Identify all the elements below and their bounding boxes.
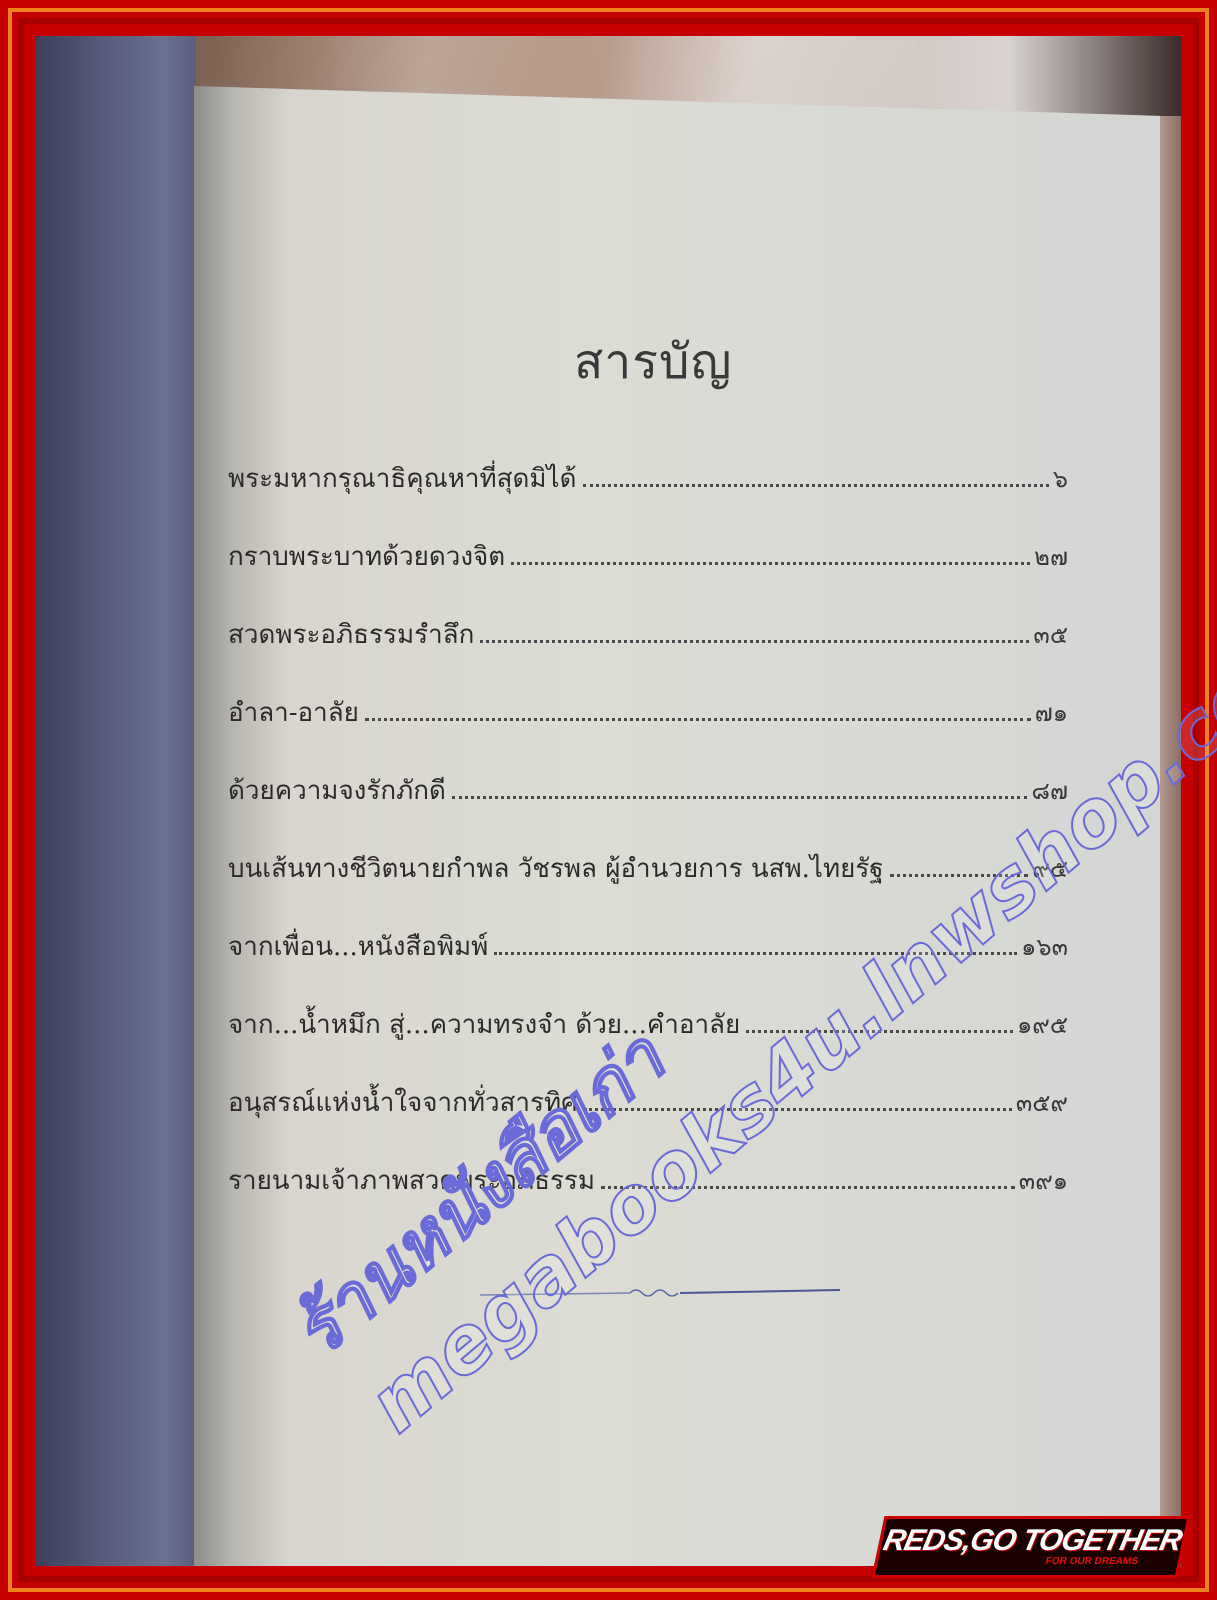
reds-go-together-logo: REDS,GO TOGETHER FOR OUR DREAMS xyxy=(871,1516,1190,1578)
dot-leader xyxy=(365,718,1031,721)
toc-entry-title: จากเพื่อน...หนังสือพิมพ์ xyxy=(228,926,494,967)
toc-entry-title: พระมหากรุณาธิคุณหาที่สุดมิได้ xyxy=(228,458,583,499)
dot-leader xyxy=(511,562,1030,565)
page-edge xyxy=(1160,116,1181,1566)
toc-entry: พระมหากรุณาธิคุณหาที่สุดมิได้๖ xyxy=(228,458,1068,536)
toc-entry-page: ๑๙๕ xyxy=(1013,1005,1068,1044)
toc-entry: ด้วยความจงรักภักดี๘๗ xyxy=(228,770,1068,848)
toc-entry-page: ๒๗ xyxy=(1030,537,1068,576)
toc-title: สารบัญ xyxy=(574,324,732,400)
toc-entry: อำลา-อาลัย๗๑ xyxy=(228,692,1068,770)
toc-entry-title: กราบพระบาทด้วยดวงจิต xyxy=(228,536,511,577)
book-cover-spine xyxy=(36,36,196,1566)
dot-leader xyxy=(452,796,1028,799)
logo-main-text: REDS,GO TOGETHER xyxy=(881,1526,1184,1556)
toc-entry-page: ๗๑ xyxy=(1031,693,1068,732)
toc-entry-page: ๖ xyxy=(1049,459,1068,498)
dot-leader xyxy=(480,640,1029,643)
toc-entry-page: ๓๕ xyxy=(1029,615,1068,654)
toc-entry-title: อำลา-อาลัย xyxy=(228,692,365,733)
toc-entry-page: ๓๙๑ xyxy=(1015,1161,1068,1200)
toc-entry-title: บนเส้นทางชีวิตนายกำพล วัชรพล ผู้อำนวยการ… xyxy=(228,848,890,889)
dot-leader xyxy=(583,484,1049,487)
toc-entry: สวดพระอภิธรรมรำลึก๓๕ xyxy=(228,614,1068,692)
toc-entry-title: สวดพระอภิธรรมรำลึก xyxy=(228,614,480,655)
logo-sub-text: FOR OUR DREAMS xyxy=(1044,1556,1139,1568)
toc-entry: กราบพระบาทด้วยดวงจิต๒๗ xyxy=(228,536,1068,614)
toc-entry-title: ด้วยความจงรักภักดี xyxy=(228,770,452,811)
toc-entry-page: ๓๕๙ xyxy=(1012,1083,1068,1122)
toc-entry-title: จาก...น้ำหมึก สู่...ความทรงจำ ด้วย...คำอ… xyxy=(228,1004,746,1045)
